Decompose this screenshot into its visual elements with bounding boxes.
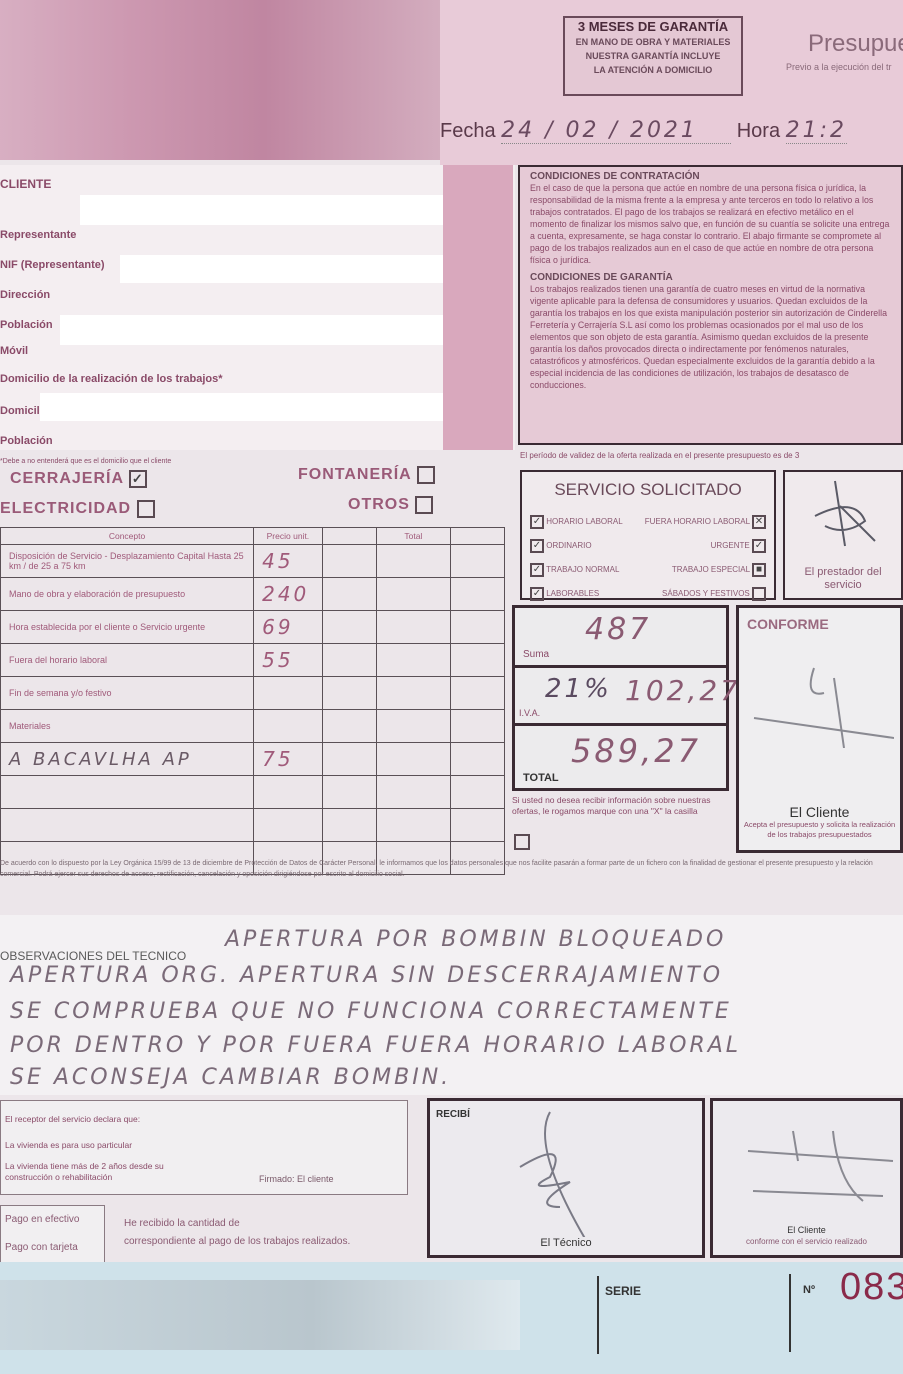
table-row: Hora establecida por el cliente o Servic… (1, 611, 505, 644)
declaration-line: La vivienda es para uso particular (5, 1139, 132, 1151)
client-label: El Cliente (739, 804, 900, 820)
table-row: Fin de semana y/o festivo (1, 677, 505, 710)
observation-line: SE COMPRUEBA QUE NO FUNCIONA CORRECTAMEN… (10, 999, 732, 1024)
client-label: El Cliente (713, 1225, 900, 1235)
concept-cell: Mano de obra y elaboración de presupuest… (1, 578, 254, 611)
conforme-box: CONFORME El Cliente Acepta el presupuest… (736, 605, 903, 853)
observation-line: APERTURA ORG. APERTURA SIN DESCERRAJAMIE… (10, 963, 723, 988)
iva-label: I.V.A. (519, 707, 540, 719)
footer-band: SERIE Nº 083 (0, 1262, 903, 1374)
redacted-company-logo (0, 0, 440, 160)
provider-signature-box: El prestador del servicio (783, 470, 903, 600)
trade-label: ELECTRICIDAD (0, 500, 131, 517)
serie-label: SERIE (605, 1284, 641, 1298)
stamp-line: NUESTRA GARANTÍA INCLUYE (565, 49, 741, 63)
option-label: SÁBADOS Y FESTIVOS (662, 589, 750, 598)
concept-cell: Fuera del horario laboral (1, 644, 254, 677)
trade-label: OTROS (348, 496, 410, 513)
suma-row: Suma 487 (515, 608, 726, 668)
table-row: A BACAVLHA AP75 (1, 743, 505, 776)
column-header: Total (376, 528, 450, 545)
redacted-footer (0, 1280, 520, 1350)
price-cell (254, 677, 323, 710)
optout-text: Si usted no desea recibir información so… (512, 795, 732, 817)
observation-line: APERTURA POR BOMBIN BLOQUEADO (225, 927, 726, 952)
signature-icon (510, 1107, 630, 1237)
option-fuera-horario[interactable]: FUERA HORARIO LABORAL ✕ (645, 510, 766, 534)
signature-label: Firmado: El cliente (259, 1173, 334, 1185)
total-value: 589,27 (571, 732, 701, 770)
payment-box: Pago en efectivo Pago con tarjeta (0, 1205, 105, 1263)
declaration-box: El receptor del servicio declara que: La… (0, 1100, 408, 1195)
trade-fontaneria[interactable]: FONTANERÍA (298, 466, 435, 484)
concept-cell (1, 776, 254, 809)
stamp-line: 3 MESES DE GARANTÍA (565, 18, 741, 35)
contract-text: En el caso de que la persona que actúe e… (530, 182, 891, 266)
recibi-box: RECIBÍ El Técnico (427, 1098, 705, 1258)
observations-label: OBSERVACIONES DEL TECNICO (0, 949, 186, 963)
signature-icon (744, 658, 894, 748)
concept-cell: Fin de semana y/o festivo (1, 677, 254, 710)
pink-strip (443, 165, 513, 450)
price-cell: 240 (254, 578, 323, 611)
table-row (1, 776, 505, 809)
trade-label: FONTANERÍA (298, 466, 411, 483)
received-text: correspondiente al pago de los trabajos … (124, 1236, 350, 1247)
column-header (322, 528, 376, 545)
checkbox-checked[interactable]: ✓ (129, 470, 147, 488)
price-cell: 45 (254, 545, 323, 578)
option-label: LABORABLES (546, 589, 599, 598)
total-label: TOTAL (523, 772, 559, 784)
column-header: Concepto (1, 528, 254, 545)
option-urgente[interactable]: URGENTE ✓ (645, 534, 766, 558)
total-row: TOTAL 589,27 (515, 726, 726, 788)
privacy-text: De acuerdo con lo dispuesto por la Ley O… (0, 858, 903, 910)
concept-cell (1, 809, 254, 842)
trade-otros[interactable]: OTROS (348, 496, 433, 514)
signature-icon (743, 1121, 903, 1221)
option-laborables[interactable]: ✓ LABORABLES (530, 582, 623, 606)
divider (597, 1276, 599, 1354)
payment-card[interactable]: Pago con tarjeta (5, 1242, 78, 1253)
field-label: Población (0, 435, 53, 447)
received-text: He recibido la cantidad de (124, 1218, 240, 1229)
field-label: Móvil (0, 345, 28, 357)
option-horario-laboral[interactable]: ✓ HORARIO LABORAL (530, 510, 623, 534)
field-label: Población (0, 319, 53, 331)
guarantee-text: Los trabajos realizados tienen una garan… (530, 283, 891, 391)
price-cell (254, 710, 323, 743)
recibi-label: RECIBÍ (436, 1109, 470, 1120)
service-requested-box: SERVICIO SOLICITADO ✓ HORARIO LABORAL ✓ … (520, 470, 776, 600)
checkbox[interactable] (137, 500, 155, 518)
fecha-label: Fecha (440, 120, 496, 142)
option-label: HORARIO LABORAL (546, 517, 622, 526)
suma-label: Suma (523, 649, 549, 661)
column-header: Precio unit. (254, 528, 323, 545)
concept-cell: Disposición de Servicio - Desplazamiento… (1, 545, 254, 578)
client-title: CLIENTE (0, 177, 51, 191)
option-sabados-festivos[interactable]: SÁBADOS Y FESTIVOS (645, 582, 766, 606)
guarantee-stamp: 3 MESES DE GARANTÍA EN MANO DE OBRA Y MA… (563, 16, 743, 96)
client-section: CLIENTE Representante NIF (Representante… (0, 165, 515, 450)
price-cell: 69 (254, 611, 323, 644)
conditions-box: CONDICIONES DE CONTRATACIÓN En el caso d… (518, 165, 903, 445)
redacted-field (80, 195, 500, 225)
document-title: Presupues (808, 30, 903, 58)
option-label: FUERA HORARIO LABORAL (645, 517, 750, 526)
declaration-line: El receptor del servicio declara que: (5, 1113, 140, 1125)
column-header (450, 528, 504, 545)
table-row: Disposición de Servicio - Desplazamiento… (1, 545, 505, 578)
hora-label: Hora (737, 120, 780, 142)
stamp-line: EN MANO DE OBRA Y MATERIALES (565, 35, 741, 49)
hora-value: 21:2 (786, 118, 847, 144)
conforme-title: CONFORME (747, 616, 829, 632)
suma-value: 487 (585, 612, 651, 647)
concept-cell: Hora establecida por el cliente o Servic… (1, 611, 254, 644)
client-note: conforme con el servicio realizado (713, 1237, 900, 1246)
declaration-line: La vivienda tiene más de 2 años desde su… (5, 1161, 205, 1183)
payment-cash[interactable]: Pago en efectivo (5, 1214, 80, 1225)
option-trabajo-especial[interactable]: TRABAJO ESPECIAL ■ (645, 558, 766, 582)
trade-electricidad[interactable]: ELECTRICIDAD (0, 500, 155, 518)
number-value: 083 (840, 1266, 903, 1309)
document-subtitle: Previo a la ejecución del tr (786, 62, 892, 72)
client-note: *Debe a no entenderá que es el domicilio… (0, 456, 171, 468)
price-cell: 75 (254, 743, 323, 776)
fecha-value: 24 / 02 / 2021 (501, 118, 731, 144)
divider (789, 1274, 791, 1352)
redacted-field (60, 315, 500, 345)
trade-cerrajeria[interactable]: CERRAJERÍA ✓ (10, 470, 147, 488)
field-label: Domicilio de la realización de los traba… (0, 373, 223, 385)
redacted-field (40, 393, 480, 421)
option-label: TRABAJO NORMAL (546, 565, 619, 574)
validity-text: El período de validez de la oferta reali… (520, 450, 799, 462)
observations-section: OBSERVACIONES DEL TECNICO APERTURA POR B… (0, 915, 903, 1095)
field-label: NIF (Representante) (0, 259, 105, 271)
option-trabajo-normal[interactable]: ✓ TRABAJO NORMAL (530, 558, 623, 582)
price-cell: 55 (254, 644, 323, 677)
trade-label: CERRAJERÍA (10, 470, 123, 487)
observation-line: SE ACONSEJA CAMBIAR BOMBIN. (10, 1065, 451, 1090)
stamp-line: LA ATENCIÓN A DOMICILIO (565, 63, 741, 77)
optout-checkbox[interactable] (514, 834, 530, 850)
iva-rate: 21% (545, 674, 612, 704)
table-row: Materiales (1, 710, 505, 743)
concept-cell: A BACAVLHA AP (1, 743, 254, 776)
contract-title: CONDICIONES DE CONTRATACIÓN (530, 171, 891, 182)
provider-label: El prestador del servicio (785, 566, 901, 592)
client-note: Acepta el presupuesto y solicita la real… (739, 820, 900, 840)
price-cell (254, 809, 323, 842)
checkbox[interactable] (417, 466, 435, 484)
concept-table: Concepto Precio unit. Total Disposición … (0, 527, 505, 875)
option-label: URGENTE (711, 541, 750, 550)
client-service-box: El Cliente conforme con el servicio real… (710, 1098, 903, 1258)
table-row: Mano de obra y elaboración de presupuest… (1, 578, 505, 611)
option-ordinario[interactable]: ✓ ORDINARIO (530, 534, 623, 558)
totals-box: Suma 487 I.V.A. 21% 102,27 TOTAL 589,27 (512, 605, 729, 791)
tech-label: El Técnico (430, 1237, 702, 1249)
checkbox[interactable] (415, 496, 433, 514)
price-cell (254, 776, 323, 809)
field-label: Dirección (0, 289, 50, 301)
iva-value: 102,27 (625, 674, 741, 707)
concept-cell: Materiales (1, 710, 254, 743)
option-label: ORDINARIO (546, 541, 591, 550)
service-title: SERVICIO SOLICITADO (522, 480, 774, 500)
table-row: Fuera del horario laboral55 (1, 644, 505, 677)
iva-row: I.V.A. 21% 102,27 (515, 668, 726, 726)
option-label: TRABAJO ESPECIAL (672, 565, 750, 574)
observation-line: POR DENTRO Y POR FUERA FUERA HORARIO LAB… (10, 1033, 741, 1058)
field-label: Representante (0, 229, 76, 241)
table-row (1, 809, 505, 842)
signature-icon (805, 476, 895, 556)
number-label: Nº (803, 1284, 815, 1296)
guarantee-title: CONDICIONES DE GARANTÍA (530, 272, 891, 283)
